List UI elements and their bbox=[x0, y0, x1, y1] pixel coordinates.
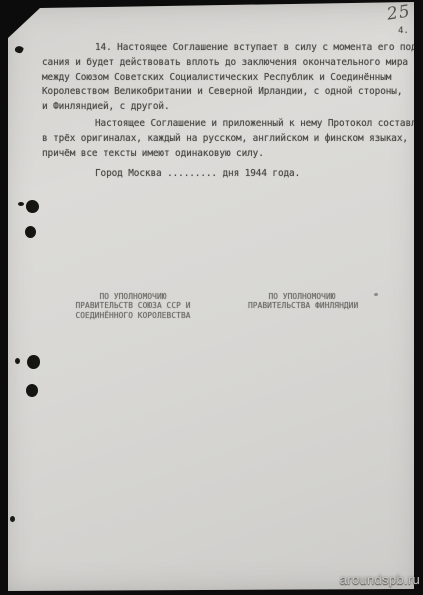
ink-blot bbox=[25, 226, 36, 238]
text-line: и Финляндией, с другой. bbox=[42, 100, 423, 115]
text-line: ПО УПОЛНОМОЧИЮ bbox=[66, 292, 200, 301]
paper-sheet: 25 4. 14. Настоящее Соглашение вступает … bbox=[0, 0, 423, 595]
text-line: ПРАВИТЕЛЬСТВ СОЮЗА ССР И bbox=[66, 301, 200, 310]
ink-blot bbox=[18, 202, 24, 206]
ink-blot bbox=[10, 516, 15, 522]
text-line: 14. Настоящее Соглашение вступает в силу… bbox=[42, 41, 423, 56]
handwritten-page-number: 25 bbox=[386, 1, 412, 24]
paragraph-originals: Настоящее Соглашение и приложенный к нем… bbox=[42, 117, 423, 161]
date-place-line: Город Москва ......... дня 1944 года. bbox=[95, 168, 300, 179]
text-line: между Союзом Советских Социалистических … bbox=[42, 71, 423, 86]
text-line: в трёх оригиналах, каждый на русском, ан… bbox=[42, 132, 423, 147]
paper-speck bbox=[374, 292, 379, 296]
ink-blot bbox=[14, 45, 24, 55]
typed-page-number: 4. bbox=[398, 26, 409, 36]
text-line: СОЕДИНЁННОГО КОРОЛЕВСТВА bbox=[66, 311, 200, 320]
ink-blot bbox=[15, 358, 20, 364]
signature-block-finland: ПО УПОЛНОМОЧИЮ ПРАВИТЕЛЬСТВА ФИНЛЯНДИИ bbox=[248, 292, 356, 311]
watermark-text: aroundspb.ru bbox=[340, 572, 420, 587]
text-line: Королевством Великобритании и Северной И… bbox=[42, 85, 423, 100]
text-line: ПО УПОЛНОМОЧИЮ bbox=[248, 292, 356, 301]
text-line: причём все тексты имеют одинаковую силу. bbox=[42, 147, 423, 162]
paragraph-14: 14. Настоящее Соглашение вступает в силу… bbox=[42, 41, 423, 115]
signature-block-ussr-uk: ПО УПОЛНОМОЧИЮ ПРАВИТЕЛЬСТВ СОЮЗА ССР И … bbox=[66, 292, 200, 320]
text-line: сания и будет действовать вплоть до закл… bbox=[42, 56, 423, 71]
document-scan: 25 4. 14. Настоящее Соглашение вступает … bbox=[0, 0, 423, 595]
ink-blot bbox=[27, 355, 40, 369]
text-line: Настоящее Соглашение и приложенный к нем… bbox=[42, 117, 423, 132]
ink-blot bbox=[26, 384, 38, 397]
ink-blot bbox=[26, 200, 39, 213]
text-line: ПРАВИТЕЛЬСТВА ФИНЛЯНДИИ bbox=[248, 301, 356, 310]
